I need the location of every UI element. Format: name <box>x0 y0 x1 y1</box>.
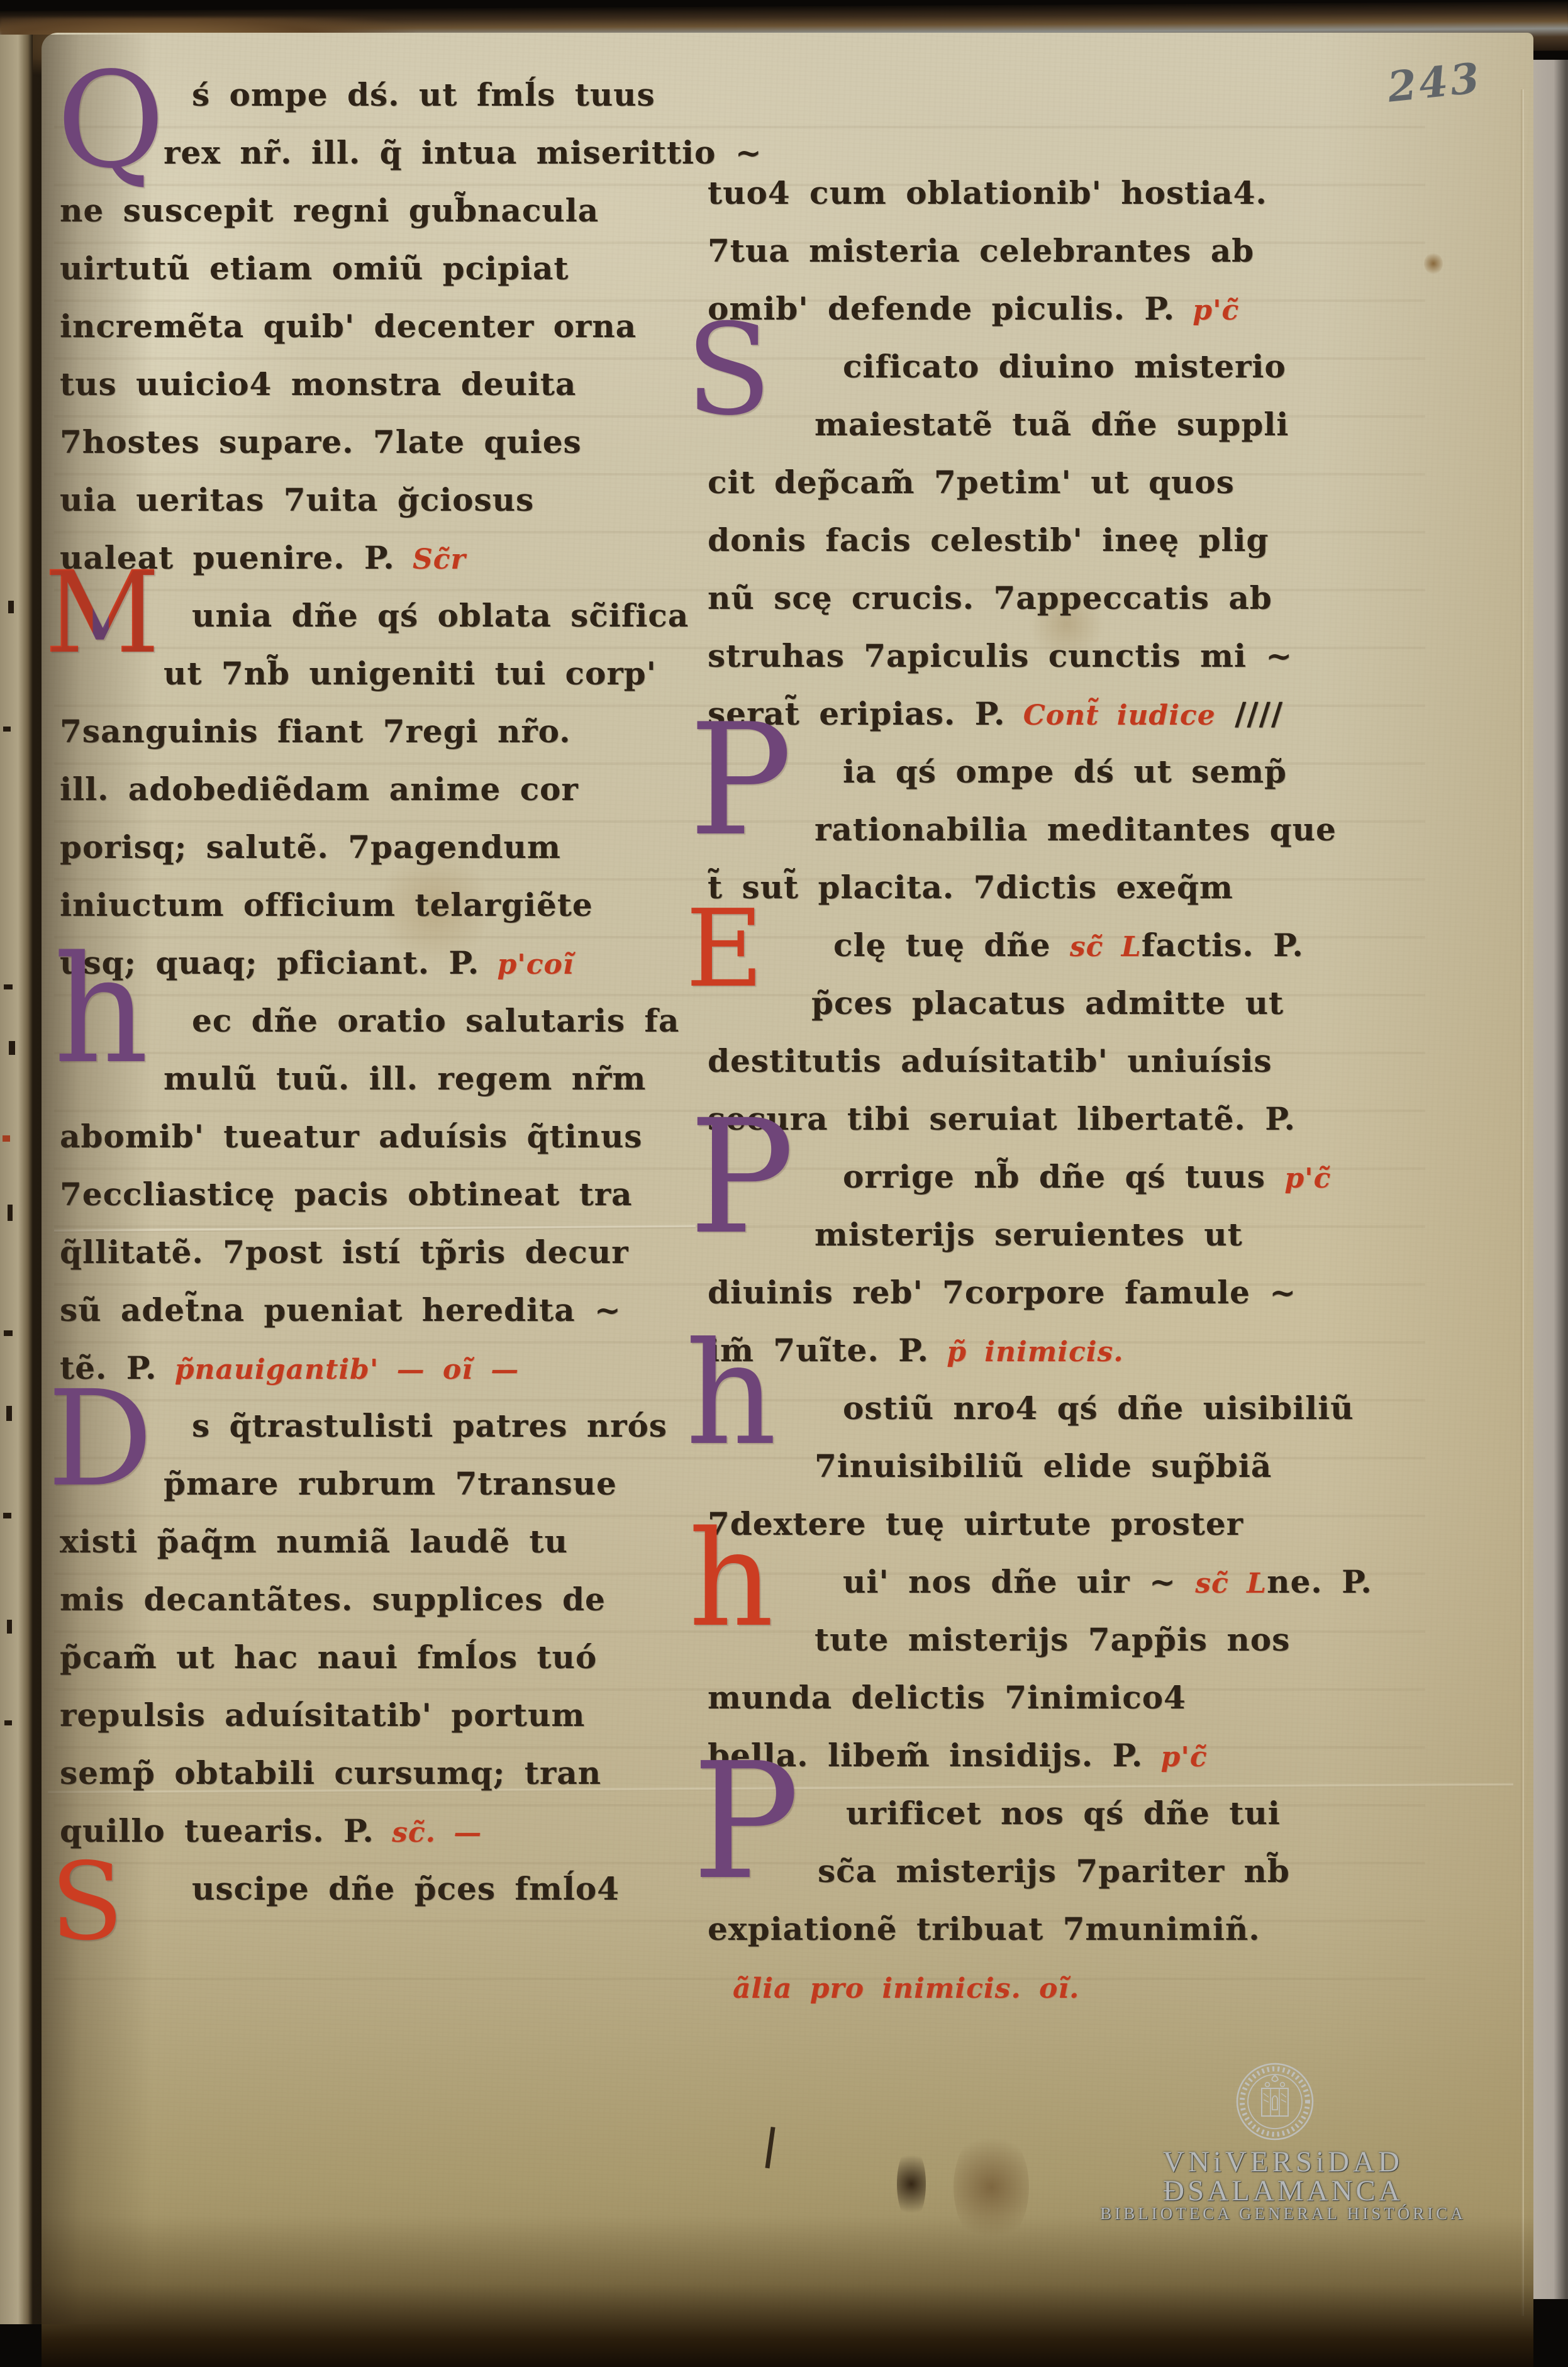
body-text: s q̃trastulisti patres nrós <box>192 1407 667 1444</box>
manuscript-line: rex nr̃. ill. q̃ intua miserittio ~ <box>60 128 762 186</box>
illuminated-initial: h <box>689 1513 774 1646</box>
manuscript-line: secura tibi seruiat libertatẽ. P. <box>708 1094 1296 1152</box>
manuscript-line: 7inuisibiliũ elide sup̃biã <box>708 1442 1272 1500</box>
manuscript-line: munda delictis 7inimico4 <box>708 1673 1186 1731</box>
body-text: cificato diuino misterio <box>843 348 1286 385</box>
manuscript-line: cificato diuino misterio <box>708 342 1286 400</box>
facing-page-text-fragment <box>4 1330 13 1336</box>
illuminated-initial: E <box>686 896 764 1003</box>
rubric-text: p'c̃ <box>1175 294 1239 326</box>
body-text: p̃cam̃ ut hac naui fmĺos tuó <box>60 1639 597 1676</box>
manuscript-line: tus uuicio4 monstra deuita <box>60 360 576 418</box>
body-text: tus uuicio4 monstra deuita <box>60 365 576 403</box>
manuscript-line: ui' nos dñe uir ~ sc̃ Lne. P. <box>708 1557 1372 1615</box>
body-text: uscipe dñe p̃ces fmĺo4 <box>192 1870 620 1907</box>
body-text: nũ scę crucis. 7appeccatis ab <box>708 579 1272 616</box>
manuscript-line: uscipe dñe p̃ces fmĺo4 <box>60 1864 620 1922</box>
body-text: rationabilia meditantes que <box>815 811 1337 848</box>
body-text: tuo4 cum oblationib' hostia4. <box>708 174 1267 211</box>
illuminated-initial: P <box>689 703 792 857</box>
body-text: ia qś ompe dś ut semp̃ <box>843 753 1287 790</box>
body-text: repulsis aduísitatib' portum <box>60 1696 585 1734</box>
body-text: ut 7nb̃ unigeniti tui corp' <box>164 655 657 692</box>
illuminated-initial: S <box>686 308 772 433</box>
facing-page-text-fragment <box>4 984 13 989</box>
rubric-text: Cont̃ iudice <box>1005 699 1215 732</box>
manuscript-line: ec dñe oratio salutaris fa <box>60 996 679 1054</box>
rubric-text: p'c̃ <box>1284 1162 1331 1195</box>
body-text: t̃ sut̃ placita. 7dictis exeq̃m <box>708 869 1233 906</box>
manuscript-line: struhas 7apiculis cunctis mi ~ <box>708 632 1293 689</box>
body-text: rex nr̃. ill. q̃ intua miserittio ~ <box>164 134 762 171</box>
body-text: 7inuisibiliũ elide sup̃biã <box>815 1447 1272 1484</box>
illuminated-initial: P <box>689 1099 794 1256</box>
manuscript-line: ostiũ nro4 qś dñe uisibiliũ <box>708 1384 1354 1442</box>
rubric-text: Sc̃r <box>395 543 466 576</box>
manuscript-line: omib' defende piculis. P. p'c̃ <box>708 284 1239 342</box>
body-text: orrige nb̃ dñe qś tuus <box>843 1158 1284 1195</box>
manuscript-line: 7dextere tuę uirtute proster <box>708 1500 1243 1557</box>
body-text: misterijs seruientes ut <box>815 1216 1243 1253</box>
body-text: maiestatẽ tuã dñe suppli <box>815 406 1289 443</box>
facing-page-edge <box>0 35 33 2324</box>
body-text: destitutis aduísitatib' uniuísis <box>708 1042 1272 1079</box>
body-text: uirtutũ etiam omiũ pcipiat <box>60 250 569 287</box>
manuscript-line: nũ scę crucis. 7appeccatis ab <box>708 574 1272 632</box>
body-text: q̃llitatẽ. 7post istí tp̃ris decur <box>60 1234 628 1271</box>
manuscript-line: incremẽta quib' decenter orna <box>60 302 637 360</box>
manuscript-line: xisti p̃aq̃m numiã laudẽ tu <box>60 1517 568 1575</box>
watermark-institution-line2: ĐSALAMANCA <box>1069 2174 1497 2208</box>
manuscript-line: rationabilia meditantes que <box>708 805 1337 863</box>
facing-page-text-fragment <box>3 727 11 732</box>
body-text: ś ompe dś. ut fmĺs tuus <box>192 76 655 113</box>
page-bottom-shadow <box>42 2216 1533 2367</box>
folio-number: 243 <box>1385 53 1484 111</box>
illuminated-initial: M <box>44 557 160 670</box>
body-text: unia dñe qś oblata sc̃ifica <box>192 597 689 634</box>
body-text: donis facis celestib' ineę plig <box>708 521 1269 559</box>
manuscript-scan-viewport: 243 ś ompe dś. ut fmĺs tuusrex nr̃. ill.… <box>0 0 1568 2367</box>
facing-page-text-fragment <box>8 601 14 613</box>
manuscript-line: p̃cam̃ ut hac naui fmĺos tuó <box>60 1633 597 1691</box>
right-margin-shading <box>1320 33 1533 2367</box>
facing-page-text-fragment <box>3 1513 11 1518</box>
rubric-text: p̃ inimicis. <box>929 1336 1124 1368</box>
body-text: sũ adet̃na pueniat heredita ~ <box>60 1291 621 1328</box>
rubric-text: sc̃ L <box>1195 1568 1267 1600</box>
illuminated-initial: Q <box>57 55 165 187</box>
manuscript-line: ill. adobediẽdam anime cor <box>60 765 579 823</box>
facing-page-text-fragment <box>4 1720 12 1725</box>
facing-page-text-fragment <box>6 1406 12 1421</box>
body-text: expiationẽ tribuat 7munimiñ. <box>708 1910 1260 1947</box>
body-text: urificet nos qś dñe tui <box>846 1795 1281 1832</box>
manuscript-line: ia qś ompe dś ut semp̃ <box>708 747 1287 805</box>
body-text: sc̃a misterijs 7pariter nb̃ <box>818 1852 1290 1890</box>
body-text: struhas 7apiculis cunctis mi ~ <box>708 637 1293 674</box>
body-text: 7dextere tuę uirtute proster <box>708 1505 1243 1542</box>
manuscript-line: cit dep̃cam̃ 7petim' ut quos <box>708 458 1235 516</box>
body-text: clę tuę dñe <box>833 927 1070 964</box>
rubric-text: sc̃. — <box>374 1817 482 1849</box>
illuminated-initial: P <box>692 1742 800 1902</box>
body-text: //// <box>1216 695 1283 732</box>
body-text: xisti p̃aq̃m numiã laudẽ tu <box>60 1523 568 1560</box>
manuscript-line: repulsis aduísitatib' portum <box>60 1691 585 1749</box>
body-text: tute misterijs 7app̃is nos <box>815 1621 1290 1658</box>
flyleaf-paper-edge-right <box>1532 60 1568 2299</box>
body-text: 7sanguinis fiant 7regi nr̃o. <box>60 713 571 750</box>
manuscript-line: serat̃ eripias. P. Cont̃ iudice //// <box>708 689 1283 747</box>
manuscript-line: t̃ sut̃ placita. 7dictis exeq̃m <box>708 863 1233 921</box>
body-text: ec dñe oratio salutaris fa <box>192 1002 679 1039</box>
body-text: porisq; salutẽ. 7pagendum <box>60 828 561 866</box>
illuminated-initial: h <box>53 937 148 1084</box>
rubric-text: p'c̃ <box>1143 1741 1207 1773</box>
manuscript-line: orrige nb̃ dñe qś tuus p'c̃ <box>708 1152 1331 1210</box>
manuscript-line: mis decantãtes. supplices de <box>60 1575 606 1633</box>
manuscript-line: tuo4 cum oblationib' hostia4. <box>708 169 1267 226</box>
body-text: 7eccliasticę pacis obtineat tra <box>60 1176 632 1213</box>
illuminated-initial: S <box>50 1849 123 1956</box>
body-text: ui' nos dñe uir ~ <box>843 1563 1195 1600</box>
rubric-text: sc̃ L <box>1070 931 1142 963</box>
facing-page-text-fragment <box>3 1135 10 1142</box>
manuscript-line: clę tuę dñe sc̃ Lfactis. P. <box>708 921 1304 979</box>
body-text: secura tibi seruiat libertatẽ. P. <box>708 1100 1296 1137</box>
body-text: diuinis reb' 7corpore famule ~ <box>708 1274 1296 1311</box>
body-text: 7hostes supare. 7late quies <box>60 423 582 460</box>
parchment-stain <box>1424 253 1443 274</box>
body-text: ostiũ nro4 qś dñe uisibiliũ <box>843 1390 1354 1427</box>
manuscript-line: tute misterijs 7app̃is nos <box>708 1615 1290 1673</box>
body-text: p̃ces placatus admitte ut <box>811 984 1284 1022</box>
university-seal-icon <box>1234 2061 1316 2142</box>
manuscript-line: 7sanguinis fiant 7regi nr̃o. <box>60 707 571 765</box>
body-text: ne. P. <box>1267 1563 1372 1600</box>
manuscript-line: uirtutũ etiam omiũ pcipiat <box>60 244 569 302</box>
manuscript-line: donis facis celestib' ineę plig <box>708 516 1269 574</box>
body-text: mis decantãtes. supplices de <box>60 1581 606 1618</box>
manuscript-line: sũ adet̃na pueniat heredita ~ <box>60 1286 621 1344</box>
manuscript-line: 7hostes supare. 7late quies <box>60 418 582 476</box>
manuscript-line: maiestatẽ tuã dñe suppli <box>708 400 1289 458</box>
facing-page-text-fragment <box>7 1620 12 1634</box>
body-text: factis. P. <box>1142 927 1304 964</box>
body-text: p̃mare rubrum 7transue <box>164 1465 617 1502</box>
body-text: abomib' tueatur aduísis q̃tinus <box>60 1118 642 1155</box>
manuscript-line: q̃llitatẽ. 7post istí tp̃ris decur <box>60 1228 628 1286</box>
facing-page-text-fragment <box>9 1041 15 1055</box>
body-text: 7tua misteria celebrantes ab <box>708 232 1254 269</box>
manuscript-line: uia ueritas 7uita ğciosus <box>60 476 534 533</box>
manuscript-line: abomib' tueatur aduísis q̃tinus <box>60 1112 642 1170</box>
manuscript-line: 7eccliasticę pacis obtineat tra <box>60 1170 632 1228</box>
vertical-crease <box>1521 89 1524 2316</box>
body-text: mulũ tuũ. ill. regem nr̃m <box>164 1060 646 1097</box>
manuscript-line: diuinis reb' 7corpore famule ~ <box>708 1268 1296 1326</box>
facing-page-text-fragment <box>8 1205 13 1221</box>
body-text: iniuctum officium telargiẽte <box>60 886 593 923</box>
body-text: omib' defende piculis. P. <box>708 290 1175 327</box>
body-text: incremẽta quib' decenter orna <box>60 308 637 345</box>
rubric-text: p̃nauigantib' — oĩ — <box>157 1354 519 1386</box>
body-text: munda delictis 7inimico4 <box>708 1679 1186 1716</box>
body-text: cit dep̃cam̃ 7petim' ut quos <box>708 464 1235 501</box>
rubric-text: p'coĩ <box>479 949 574 981</box>
watermark-library-line: BIBLIOTECA GENERAL HISTÓRICA <box>1050 2204 1516 2224</box>
manuscript-line: ãlia pro inimicis. oĩ. <box>708 1963 1079 2020</box>
manuscript-line: 7tua misteria celebrantes ab <box>708 226 1254 284</box>
ink-blot-stain <box>897 2146 926 2222</box>
manuscript-line: p̃ces placatus admitte ut <box>708 979 1284 1037</box>
body-text: semp̃ obtabili cursumq; tran <box>60 1754 601 1791</box>
illuminated-initial: D <box>47 1373 153 1505</box>
manuscript-line: semp̃ obtabili cursumq; tran <box>60 1749 601 1807</box>
illuminated-initial: h <box>686 1324 777 1466</box>
rubric-text: ãlia pro inimicis. oĩ. <box>733 1973 1079 2005</box>
body-text: uia ueritas 7uita ğciosus <box>60 481 534 518</box>
body-text: ill. adobediẽdam anime cor <box>60 771 579 808</box>
manuscript-line: porisq; salutẽ. 7pagendum <box>60 823 561 881</box>
